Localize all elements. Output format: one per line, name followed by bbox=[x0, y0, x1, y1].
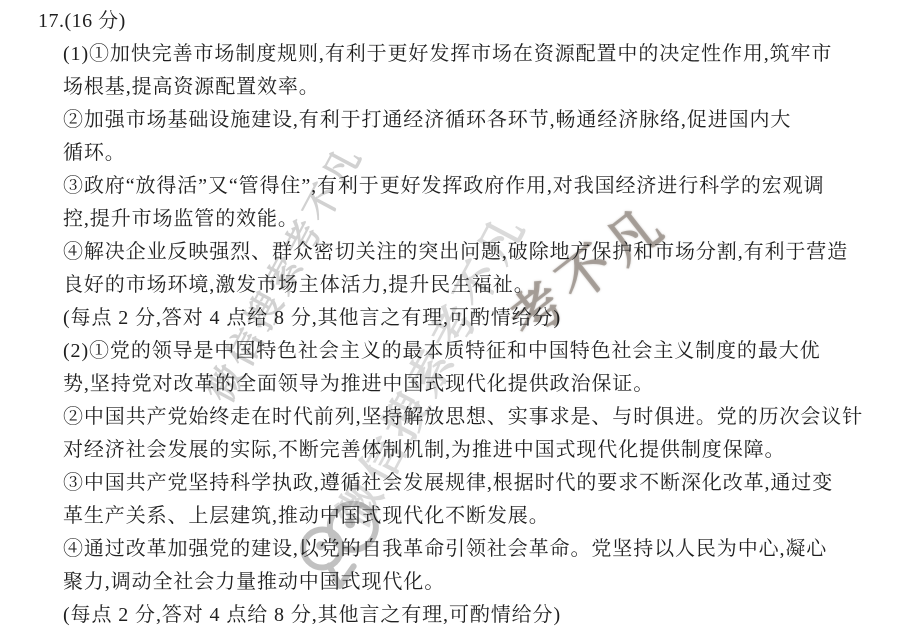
answer-line: 对经济社会发展的实际,不断完善体制机制,为推进中国式现代化提供制度保障。 bbox=[0, 434, 921, 467]
scoring-note-line: (每点 2 分,答对 4 点给 8 分,其他言之有理,可酌情给分) bbox=[0, 599, 921, 632]
answer-line: ④通过改革加强党的建设,以党的自我革命引领社会革命。党坚持以人民为中心,凝心 bbox=[0, 533, 921, 566]
answer-line: ③中国共产党坚持科学执政,遵循社会发展规律,根据时代的要求不断深化改革,通过变 bbox=[0, 467, 921, 500]
scoring-note-line: (每点 2 分,答对 4 点给 8 分,其他言之有理,可酌情给分) bbox=[0, 302, 921, 335]
answer-line: 良好的市场环境,激发市场主体活力,提升民生福祉。 bbox=[0, 269, 921, 302]
answer-line: 聚力,调动全社会力量推动中国式现代化。 bbox=[0, 566, 921, 599]
answer-text-block: 17.(16 分) (1)①加快完善市场制度规则,有利于更好发挥市场在资源配置中… bbox=[0, 0, 921, 632]
answer-line: 革生产关系、上层建筑,推动中国式现代化不断发展。 bbox=[0, 500, 921, 533]
answer-sheet-page: 微信搜索考不凡 微信搜索考不凡 考不凡 17.(16 分) (1)①加快完善市场… bbox=[0, 0, 921, 639]
answer-line: ②加强市场基础设施建设,有利于打通经济循环各环节,畅通经济脉络,促进国内大 bbox=[0, 104, 921, 137]
question-number-line: 17.(16 分) bbox=[0, 5, 921, 38]
answer-line: 势,坚持党对改革的全面领导为推进中国式现代化提供政治保证。 bbox=[0, 368, 921, 401]
answer-line: ②中国共产党始终走在时代前列,坚持解放思想、实事求是、与时俱进。党的历次会议针 bbox=[0, 401, 921, 434]
answer-line: (1)①加快完善市场制度规则,有利于更好发挥市场在资源配置中的决定性作用,筑牢市 bbox=[0, 38, 921, 71]
answer-line: ④解决企业反映强烈、群众密切关注的突出问题,破除地方保护和市场分割,有利于营造 bbox=[0, 236, 921, 269]
answer-line: 循环。 bbox=[0, 137, 921, 170]
answer-line: 控,提升市场监管的效能。 bbox=[0, 203, 921, 236]
answer-line: (2)①党的领导是中国特色社会主义的最本质特征和中国特色社会主义制度的最大优 bbox=[0, 335, 921, 368]
answer-line: ③政府“放得活”又“管得住”,有利于更好发挥政府作用,对我国经济进行科学的宏观调 bbox=[0, 170, 921, 203]
answer-line: 场根基,提高资源配置效率。 bbox=[0, 71, 921, 104]
